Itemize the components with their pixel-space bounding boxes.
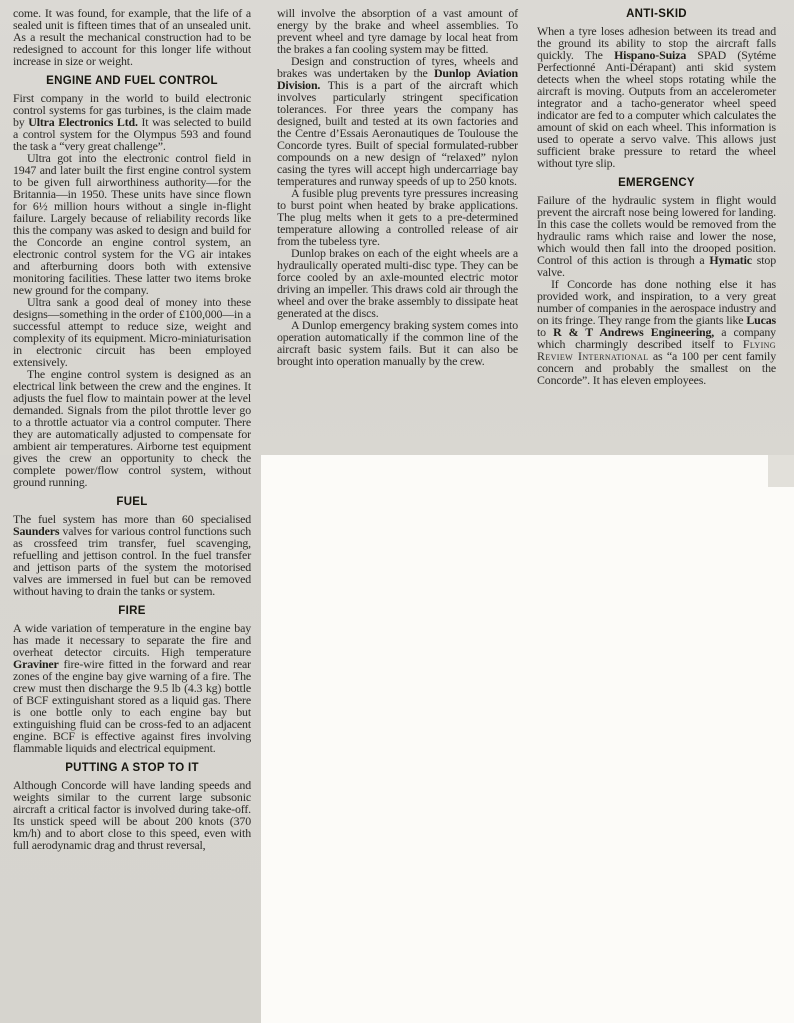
paragraph: Failure of the hydraulic system in fligh… (537, 194, 776, 278)
paragraph: Ultra got into the electronic control fi… (13, 152, 251, 296)
paragraph: First company in the world to build elec… (13, 92, 251, 152)
text-run: come. It was found, for example, that th… (13, 6, 251, 68)
text-run: Ultra got into the electronic control fi… (13, 151, 251, 297)
paragraph: Design and construction of tyres, wheels… (277, 55, 518, 187)
text-run: fire-wire fitted in the forward and rear… (13, 657, 251, 755)
text-column-right: ANTI-SKID When a tyre loses adhesion bet… (537, 0, 776, 386)
section-heading-fuel: FUEL (13, 496, 251, 508)
paragraph: A fusible plug prevents tyre pressures i… (277, 187, 518, 247)
paragraph: If Concorde has done nothing else it has… (537, 278, 776, 386)
bold-text-run-hymatic: Hymatic (709, 253, 752, 267)
paragraph: A wide variation of temperature in the e… (13, 622, 251, 754)
paragraph-continuation: will involve the absorption of a vast am… (277, 7, 518, 55)
scan-paper-background-right-edge (768, 455, 794, 487)
text-run: This is a part of the aircraft which inv… (277, 78, 518, 188)
text-run: A Dunlop emergency braking system comes … (277, 318, 518, 368)
paragraph: When a tyre loses adhesion between its t… (537, 25, 776, 169)
text-run: SPAD (Sytéme Perfectionné Anti-Dérapant)… (537, 48, 776, 170)
section-heading-anti-skid: ANTI-SKID (537, 8, 776, 20)
text-run: Dunlop brakes on each of the eight wheel… (277, 246, 518, 320)
text-run: will involve the absorption of a vast am… (277, 6, 518, 56)
section-heading-emergency: EMERGENCY (537, 177, 776, 189)
section-heading-fire: FIRE (13, 605, 251, 617)
magazine-page: come. It was found, for example, that th… (0, 0, 794, 1023)
text-run: valves for various control functions suc… (13, 524, 251, 598)
paragraph: The fuel system has more than 60 special… (13, 513, 251, 597)
text-run: Ultra sank a good deal of money into the… (13, 295, 251, 369)
text-run: A fusible plug prevents tyre pressures i… (277, 186, 518, 248)
text-run: The engine control system is designed as… (13, 367, 251, 489)
paragraph: The engine control system is designed as… (13, 368, 251, 488)
paragraph: A Dunlop emergency braking system comes … (277, 319, 518, 367)
section-heading-engine-and-fuel-control: ENGINE AND FUEL CONTROL (13, 75, 251, 87)
paragraph-continuation: come. It was found, for example, that th… (13, 7, 251, 67)
text-column-left: come. It was found, for example, that th… (13, 0, 251, 851)
paragraph: Dunlop brakes on each of the eight wheel… (277, 247, 518, 319)
text-column-middle: will involve the absorption of a vast am… (277, 0, 518, 367)
paragraph: Although Concorde will have landing spee… (13, 779, 251, 851)
text-run: A wide variation of temperature in the e… (13, 621, 251, 659)
text-run: Although Concorde will have landing spee… (13, 778, 251, 852)
section-heading-putting-a-stop-to-it: PUTTING A STOP TO IT (13, 762, 251, 774)
paragraph: Ultra sank a good deal of money into the… (13, 296, 251, 368)
text-run: If Concorde has done nothing else it has… (537, 277, 776, 327)
